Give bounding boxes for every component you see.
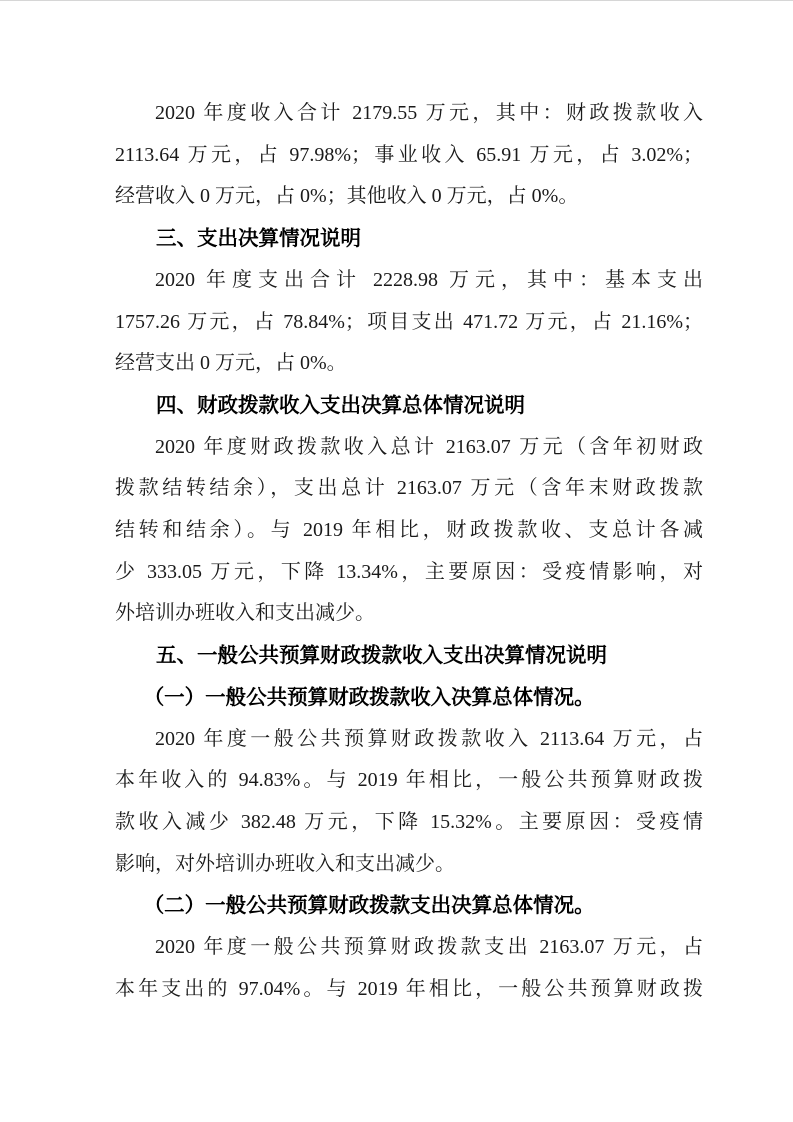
paragraph-budget-expenditure: 2020 年度一般公共预算财政拨款支出 2163.07 万元，占 本年支出的 9… [115, 927, 703, 1010]
subsection-heading-income: （一）一般公共预算财政拨款收入决算总体情况。 [115, 677, 703, 719]
section-heading-expenditure: 三、支出决算情况说明 [115, 218, 703, 260]
text-line: 少 333.05 万元，下降 13.34%，主要原因：受疫情影响，对 [115, 552, 703, 594]
text-line: 2020 年度支出合计 2228.98 万元，其中：基本支出 [115, 260, 703, 302]
text-line: 2020 年度收入合计 2179.55 万元，其中：财政拨款收入 [115, 93, 703, 135]
text-line: 款收入减少 382.48 万元，下降 15.32%。主要原因：受疫情 [115, 802, 703, 844]
paragraph-income-summary: 2020 年度收入合计 2179.55 万元，其中：财政拨款收入 2113.64… [115, 93, 703, 218]
text-line: 影响，对外培训办班收入和支出减少。 [115, 844, 703, 886]
text-line: 2113.64 万元，占 97.98%；事业收入 65.91 万元，占 3.02… [115, 135, 703, 177]
section-heading-fiscal-appropriation: 四、财政拨款收入支出决算总体情况说明 [115, 385, 703, 427]
text-line: 经营支出 0 万元，占 0%。 [115, 343, 703, 385]
document-page: 2020 年度收入合计 2179.55 万元，其中：财政拨款收入 2113.64… [0, 0, 793, 1122]
text-line: 2020 年度一般公共预算财政拨款收入 2113.64 万元，占 [115, 719, 703, 761]
paragraph-fiscal-appropriation: 2020 年度财政拨款收入总计 2163.07 万元（含年初财政 拨款结转结余）… [115, 427, 703, 636]
text-line: 2020 年度一般公共预算财政拨款支出 2163.07 万元，占 [115, 927, 703, 969]
text-line: 经营收入 0 万元，占 0%；其他收入 0 万元，占 0%。 [115, 176, 703, 218]
subsection-heading-expenditure: （二）一般公共预算财政拨款支出决算总体情况。 [115, 885, 703, 927]
text-line: 2020 年度财政拨款收入总计 2163.07 万元（含年初财政 [115, 427, 703, 469]
text-line: 结转和结余）。与 2019 年相比，财政拨款收、支总计各减 [115, 510, 703, 552]
text-line: 1757.26 万元，占 78.84%；项目支出 471.72 万元，占 21.… [115, 302, 703, 344]
text-line: 外培训办班收入和支出减少。 [115, 593, 703, 635]
paragraph-budget-income: 2020 年度一般公共预算财政拨款收入 2113.64 万元，占 本年收入的 9… [115, 719, 703, 886]
text-line: 拨款结转结余），支出总计 2163.07 万元（含年末财政拨款 [115, 468, 703, 510]
text-line: 本年收入的 94.83%。与 2019 年相比，一般公共预算财政拨 [115, 760, 703, 802]
paragraph-expenditure-summary: 2020 年度支出合计 2228.98 万元，其中：基本支出 1757.26 万… [115, 260, 703, 385]
text-line: 本年支出的 97.04%。与 2019 年相比，一般公共预算财政拨 [115, 969, 703, 1011]
section-heading-general-public-budget: 五、一般公共预算财政拨款收入支出决算情况说明 [115, 635, 703, 677]
